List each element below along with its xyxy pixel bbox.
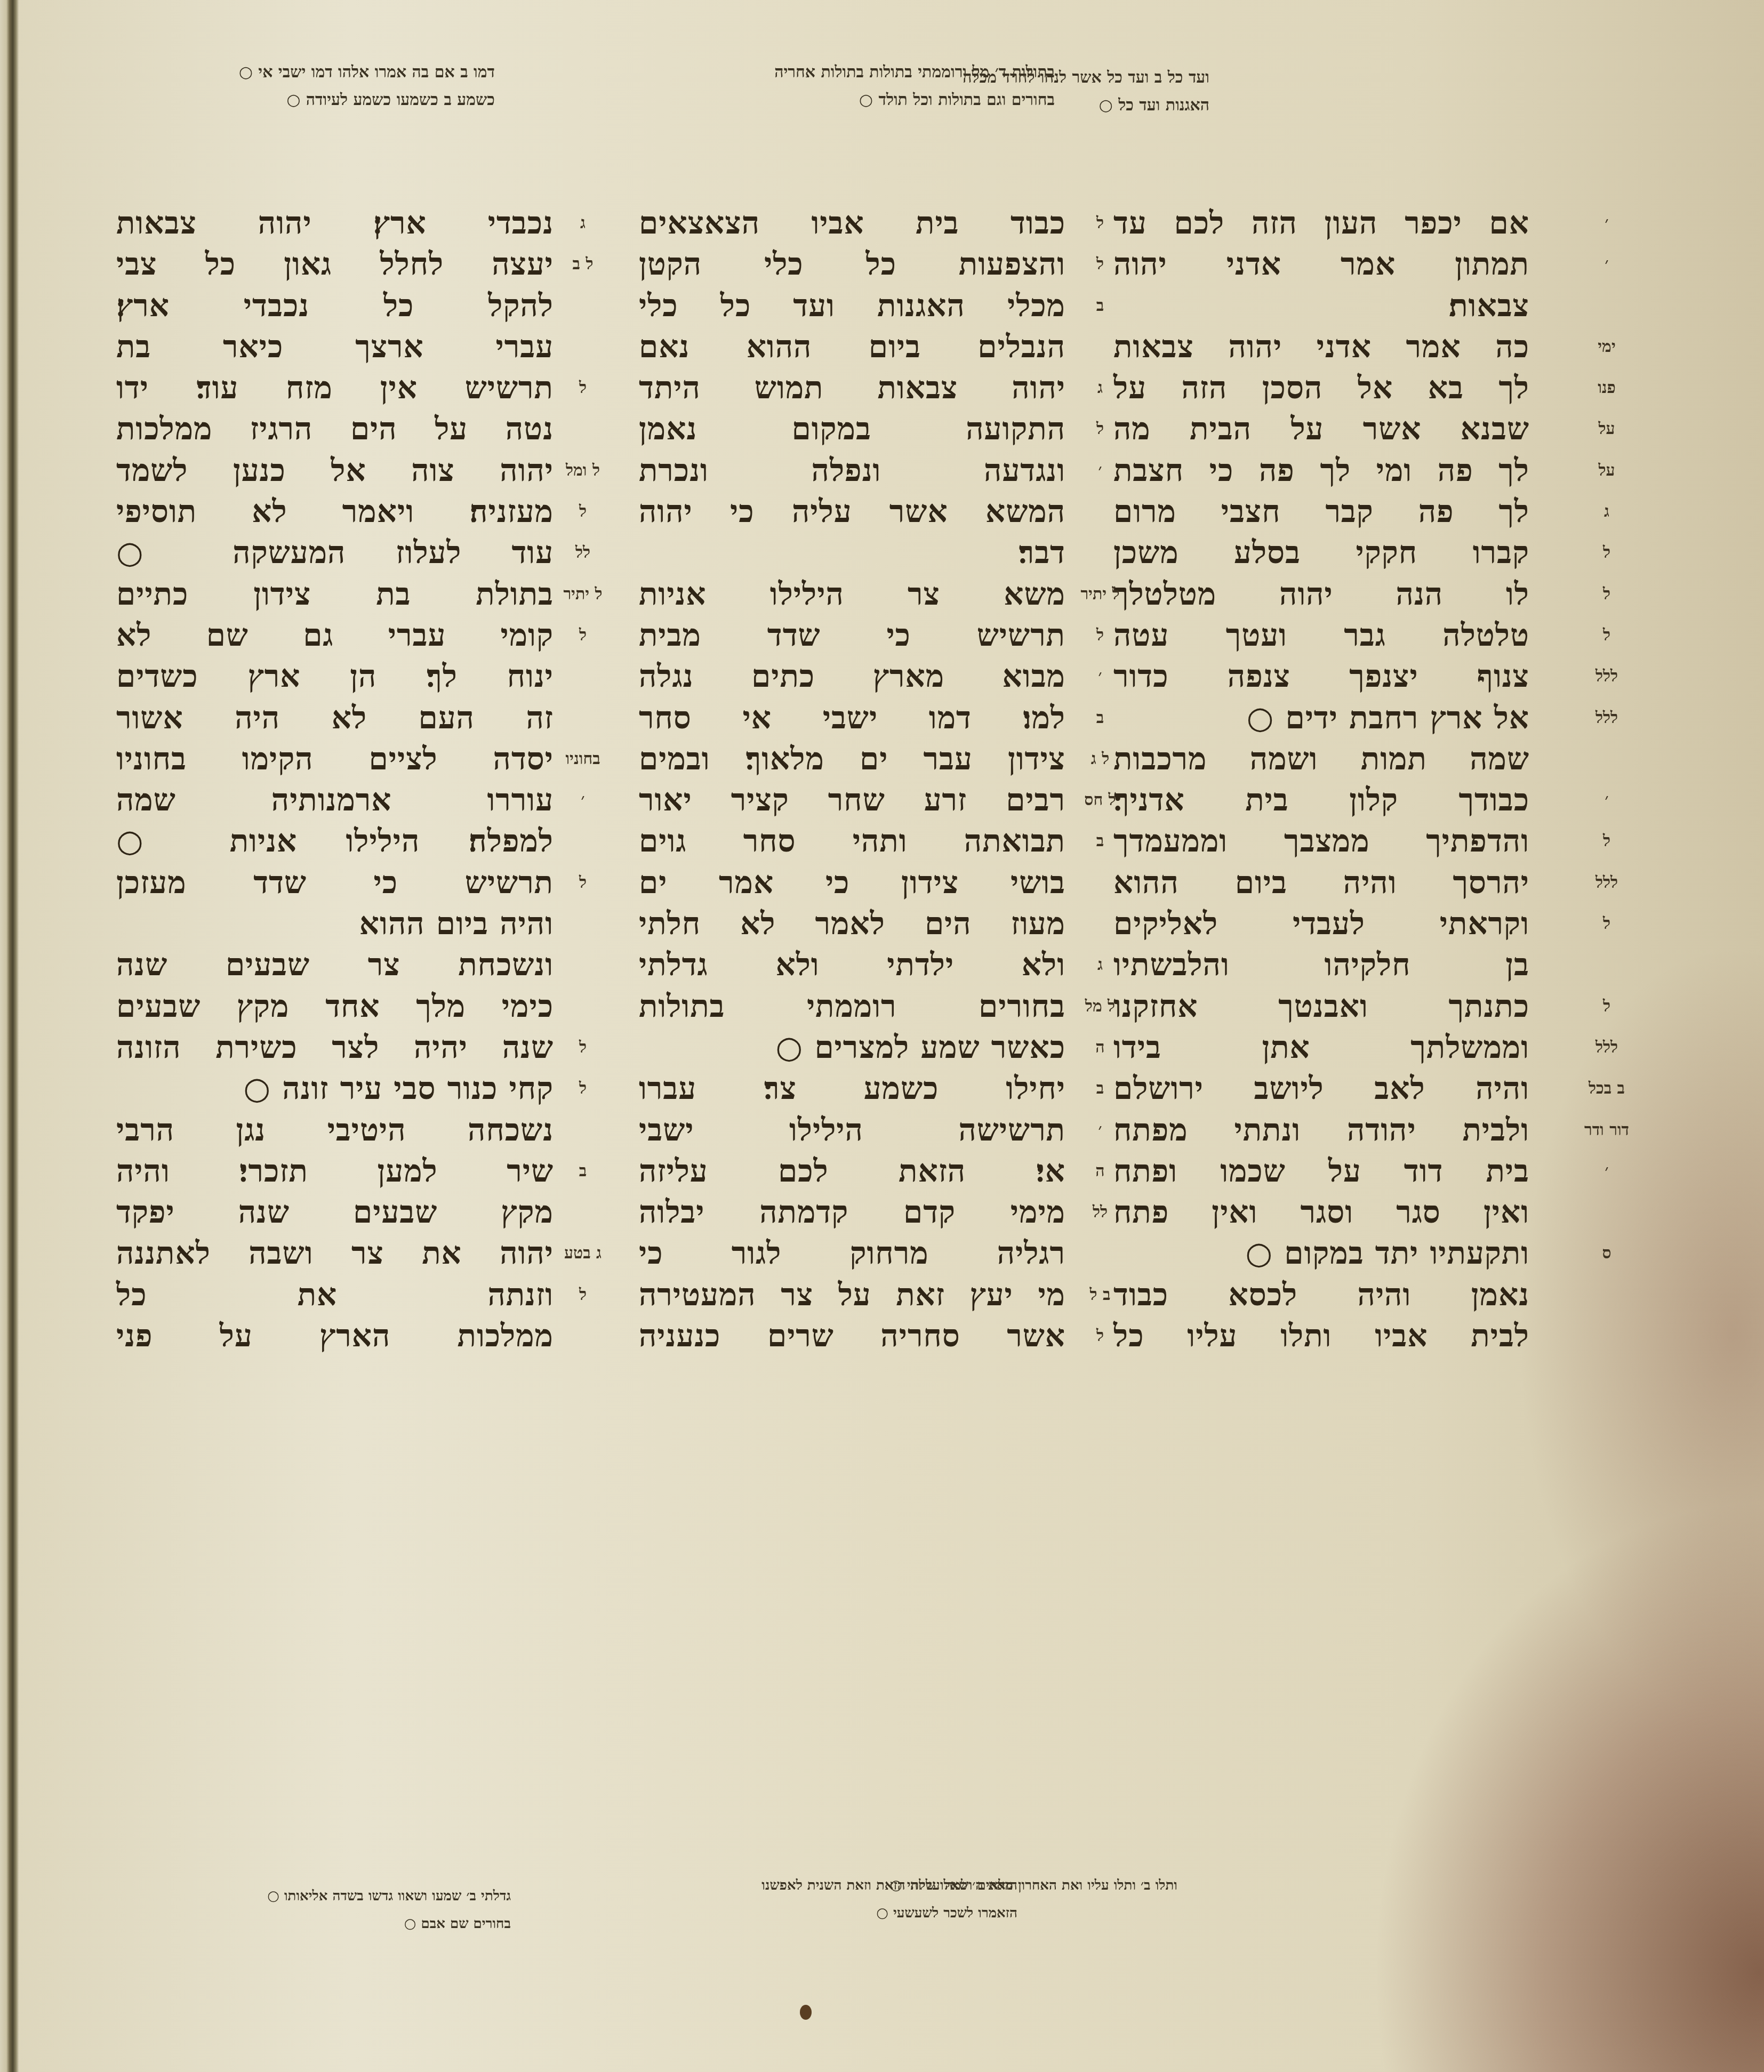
text-line: אל ארץ רחבת ידים ○ [1113,697,1529,738]
text-line: עוררו ארמנותיה שמה [116,780,554,821]
text-line: רגליה מרחוק לגור כי [639,1233,1065,1274]
text-line: תרשיש כי שדד מבית [639,615,1065,656]
text-line: שמה תמות ושמה מרכבות [1113,738,1529,780]
text-line: משא צר הילילו אניות [639,574,1065,615]
text-line: תרשיש אין מזח עוד׃ ידו [116,367,554,408]
text-line: יסדה לציים הקימו בחוניו [116,738,554,780]
text-line: ואין סגר וסגר ואין פתח [1113,1192,1529,1233]
masorah-parva-note: ב בכל [1583,1068,1631,1109]
text-line: קברו חקקי בסלע משכן [1113,532,1529,573]
masorah-parva-note [1583,1315,1631,1356]
text-line: קומי עברי גם שם לא [116,615,554,656]
text-line: כבודך קלון בית אדניך׃ [1113,780,1529,821]
text-line: ונשכחת צר שבעים שנה [116,944,554,985]
masorah-parva-note: ל ג [1076,738,1124,780]
masorah-parva-note [559,903,607,944]
text-line: טלטלה גבר ועטך עטה [1113,615,1529,656]
text-line: קחי כנור סבי עיר זונה ○ [116,1068,554,1109]
text-line: וקראתי לעבדי לאליקים [1113,903,1529,944]
masorah-parva-note: ׳ [1076,450,1124,491]
text-line: עברי ארצך כיאר בת [116,326,554,367]
masorah-parva-note: ב [1076,821,1124,862]
masorah-line: דמו ב אם בה אמרו אלהו דמו ישבי אי ○ [239,59,495,86]
text-line: יהוה צבאות תמוש היתד [639,367,1065,408]
masorah-parva-note: ׳ [1583,780,1631,821]
text-line: שנה יהיה לצר כשירת הזונה [116,1027,554,1068]
masorah-parva-note: ׳ [1583,203,1631,244]
text-line: נאמן והיה לכסא כבוד [1113,1274,1529,1315]
masorah-parva-note: ל מל [1076,986,1124,1027]
masorah-parva-note [559,986,607,1027]
masorah-parva-note: ב [1076,285,1124,326]
masorah-parva-note: ל יתיר [1076,574,1124,615]
masorah-parva-note [1076,1233,1124,1274]
masorah-parva-note: ל [559,1068,607,1109]
text-line: דבר׃ [639,532,1065,573]
text-line: תרשישה הילילו ישבי [639,1110,1065,1151]
masorah-parva-note: ל [1583,821,1631,862]
masorah-parva-note: לל [1076,1192,1124,1233]
text-line: והיה ביום ההוא [116,903,554,944]
masorah-parva-note: ל [559,862,607,903]
text-line: כאשר שמע למצרים ○ [639,1027,1065,1068]
text-line: לך פה קבר חצבי מרום [1113,491,1529,532]
text-line: מעוז הים לאמר לא חלתי [639,903,1065,944]
text-line: מקץ שבעים שנה יפקד [116,1192,554,1233]
masorah-parva-note: ל [1076,1315,1124,1356]
masorah-parva-note: דור ודר [1583,1110,1631,1151]
masorah-parva-note: ל [1076,203,1124,244]
masorah-line: גדלתי ב׳ שמעו ושאוו גדשו בשדה אליאותו ○ [267,1882,511,1910]
text-line: ונגדעה ונפלה ונכרת [639,450,1065,491]
masorah-parva-note: על [1583,450,1631,491]
text-line: יחילו כשמע צר׃ עברו [639,1068,1065,1109]
masorah-parva-note: ׳ [1583,244,1631,285]
text-line: ולבית יהודה ונתתי מפתח [1113,1110,1529,1151]
masorah-line: הזאמרו לשכר לשעשעי ○ [761,1899,1017,1927]
masorah-parva-note [559,656,607,697]
masorah-parva-note: פנו [1583,367,1631,408]
text-line: בתולת בת צידון כתיים [116,574,554,615]
masorah-parva-note: ׳ [559,780,607,821]
masorah-magna-top-left: דמו ב אם בה אמרו אלהו דמו ישבי אי ○ כשמע… [239,59,495,114]
masorah-parva-note: ל חס [1076,780,1124,821]
text-line: והצפעות כל כלי הקטן [639,244,1065,285]
text-line: רבים זרע שחר קציר יאור [639,780,1065,821]
text-line: ממלכות הארץ על פני [116,1315,554,1356]
text-line: התקועה במקום נאמן [639,408,1065,449]
text-line: צנוף יצנפך צנפה כדור [1113,656,1529,697]
text-line: וממשלתך אתן בידו [1113,1027,1529,1068]
masorah-parva-note [559,944,607,985]
text-line: כימי מלך אחד מקץ שבעים [116,986,554,1027]
text-line: להקל כל נכבדי ארץ׃ [116,285,554,326]
masorah-parva-note [1076,491,1124,532]
masorah-parva-note [1583,944,1631,985]
text-line: כה אמר אדני יהוה צבאות [1113,326,1529,367]
masorah-parva-note [1583,1274,1631,1315]
masorah-parva-note: ל ב [559,244,607,285]
masorah-parva-note [559,1192,607,1233]
text-line: צידון עבר ים מלאוך׃ ובמים [639,738,1065,780]
masorah-parva-note: ב [559,1151,607,1192]
text-line: בן חלקיהו והלבשתיו [1113,944,1529,985]
text-line: לו הנה יהוה מטלטלך [1113,574,1529,615]
masorah-parva-note [1583,285,1631,326]
text-line: מעזניה׃ ויאמר לא תוסיפי [116,491,554,532]
text-line: נשכחה היטיבי נגן הרבי [116,1110,554,1151]
masorah-parva-note: ל [1583,574,1631,615]
masorah-parva-note [559,326,607,367]
masorah-parva-note [1583,1192,1631,1233]
text-line: והיה לאב ליושב ירושלם [1113,1068,1529,1109]
masorah-parva-note: בחוניו [559,738,607,780]
text-line: נכבדי ארץ׃ יהוה צבאות [116,203,554,244]
text-line: למפלה׃ הילילו אניות ○ [116,821,554,862]
text-line: מי יעץ זאת על צר המעטירה [639,1274,1065,1315]
masorah-parva-note: ג [559,203,607,244]
masorah-magna-top-middle: בתולות ד׳ מל ורוממתי בתולות בתולות אחריה… [774,59,1055,114]
masorah-line: בחורים וגם בתולות וכל תולד ○ [774,86,1055,114]
text-line: תמתון אמר אדני יהוה [1113,244,1529,285]
text-line: הנבלים ביום ההוא נאם [639,326,1065,367]
text-line: נטה על הים הרגיז ממלכות [116,408,554,449]
masorah-line: בתולות ד׳ מל ורוממתי בתולות בתולות אחריה [774,59,1055,86]
binding-edge [0,0,19,2072]
masorah-parva-note: ל ומל [559,450,607,491]
masorah-line: בחורים שם אבם ○ [267,1910,511,1938]
text-column-left: נכבדי ארץ׃ יהוה צבאותיעצה לחלל גאון כל צ… [116,203,554,1356]
masorah-parva-note: ל [1076,615,1124,656]
masorah-parva-note: ל יתיר [559,574,607,615]
masorah-parva-note: על [1583,408,1631,449]
manuscript-page: ועד כל ב ועד כל אשר לנחו לחרד מכלה האגנו… [0,0,1764,2072]
masorah-line: הזאת ה׳ למה עליזה הזאת וזאת השנית לאפשנו [761,1872,1017,1899]
text-line: יהוה את צר ושבה לאתננה [116,1233,554,1274]
text-line: ותקעתיו יתד במקום ○ [1113,1233,1529,1274]
text-line: שיר למען תזכרי׃ והיה [116,1151,554,1192]
text-line: וזנתה את כל [116,1274,554,1315]
masorah-parva-note: ל [559,367,607,408]
masorah-parva-note: ג [1076,944,1124,985]
masorah-magna-bottom-middle: הזאת ה׳ למה עליזה הזאת וזאת השנית לאפשנו… [761,1872,1017,1927]
masorah-magna-bottom-left: גדלתי ב׳ שמעו ושאוו גדשו בשדה אליאותו ○ … [267,1882,511,1938]
text-line: לך בא אל הסכן הזה על [1113,367,1529,408]
masorah-parva-note [1076,862,1124,903]
masorah-parva-note: ׳ [1583,1151,1631,1192]
text-line: בושי צידון כי אמר ים [639,862,1065,903]
masorah-parva-note: ב [1076,1068,1124,1109]
masorah-parva-note: ס [1583,1233,1631,1274]
masorah-parva-note [559,285,607,326]
text-line: תבואתה ותהי סחר גוים [639,821,1065,862]
masorah-parva-note [559,821,607,862]
masorah-parva-note: ימי [1583,326,1631,367]
text-line: כתנתך ואבנטך אחזקנו [1113,986,1529,1027]
masorah-parva-note [1076,532,1124,573]
masorah-parva-note: ג [1583,491,1631,532]
masorah-parva-note: ללל [1583,697,1631,738]
text-line: מכלי האגנות ועד כל כלי [639,285,1065,326]
masorah-parva-note: ל [559,615,607,656]
text-line: המשא אשר עליה כי יהוה [639,491,1065,532]
masorah-parva-note: ה [1076,1151,1124,1192]
masorah-parva-note: ללל [1583,862,1631,903]
masorah-parva-note: ב ל [1076,1274,1124,1315]
text-line: אם יכפר העון הזה לכם עד [1113,203,1529,244]
masorah-parva-note: ׳ [1076,656,1124,697]
masorah-parva-note: ללל [1583,1027,1631,1068]
masorah-parva-note [559,408,607,449]
text-line: ולא ילדתי ולא גדלתי [639,944,1065,985]
text-line: אשר סחריה שרים כנעניה [639,1315,1065,1356]
text-column-middle: כבוד בית אביו הצאצאיםוהצפעות כל כלי הקטן… [639,203,1065,1356]
text-line: צבאות׃ [1113,285,1529,326]
masorah-parva-note [1076,903,1124,944]
masorah-parva-note: לל [559,532,607,573]
text-line: תרשיש כי שדד מעזכן [116,862,554,903]
text-line: זה העם לא היה אשור [116,697,554,738]
text-line: עוד לעלוז המעשקה ○ [116,532,554,573]
masorah-parva-note: ל [1583,615,1631,656]
masorah-parva-note: ג בטע [559,1233,607,1274]
text-line: יהרסך והיה ביום ההוא [1113,862,1529,903]
masorah-parva-note: ל [1583,532,1631,573]
masorah-parva-note: ל [559,491,607,532]
text-line: ינוח לך׃ הן ארץ כשדים [116,656,554,697]
text-line: כבוד בית אביו הצאצאים [639,203,1065,244]
masorah-parva-note [1583,738,1631,780]
masorah-parva-note: ל [1583,986,1631,1027]
masorah-parva-note [559,1315,607,1356]
text-line: לך פה ומי לך פה כי חצבת [1113,450,1529,491]
masorah-parva-note: ה [1076,1027,1124,1068]
text-line: בחורים רוממתי בתולות [639,986,1065,1027]
text-line: יהוה צוה אל כנען לשמד [116,450,554,491]
masorah-line: כשמע ב כשמעו כשמע לעיודה ○ [239,86,495,114]
text-line: אי׃ הזאת לכם עליזה [639,1151,1065,1192]
masorah-parva-note [559,697,607,738]
masorah-parva-note: ללל [1583,656,1631,697]
text-line: מבוא מארץ כתים נגלה [639,656,1065,697]
text-column-right: אם יכפר העון הזה לכם עדתמתון אמר אדני יה… [1113,203,1529,1356]
masorah-parva-outer: ׳׳ימיפנועלעלגללללללללל׳לללללללללב בכלדור… [1583,203,1631,1356]
text-line: למו׃ דמו ישבי אי סחר [639,697,1065,738]
masorah-parva-note: ב [1076,697,1124,738]
masorah-parva-right-middle: ללבגל׳ל יתירל׳בל גל חסבגל מלהב׳הללב לל [1076,203,1124,1356]
masorah-parva-note: ל [1076,408,1124,449]
text-line: לבית אביו ותלו עליו כל [1113,1315,1529,1356]
masorah-parva-note [1076,326,1124,367]
text-line: בית דוד על שכמו ופתח [1113,1151,1529,1192]
masorah-parva-middle-left: גל בלל ומללללל יתירלבחוניו׳לללבג בטעל [559,203,607,1356]
text-line: והדפתיך ממצבך וממעמדך [1113,821,1529,862]
text-line: שבנא אשר על הבית מה [1113,408,1529,449]
masorah-parva-note: ג [1076,367,1124,408]
masorah-parva-note: ל [559,1274,607,1315]
text-line: מימי קדם קדמתה יבלוה [639,1192,1065,1233]
masorah-parva-note: ל [1076,244,1124,285]
ink-blot [800,2005,812,2020]
masorah-parva-note [559,1110,607,1151]
masorah-parva-note: ל [1583,903,1631,944]
masorah-parva-note: ל [559,1027,607,1068]
text-line: יעצה לחלל גאון כל צבי [116,244,554,285]
masorah-parva-note: ׳ [1076,1110,1124,1151]
